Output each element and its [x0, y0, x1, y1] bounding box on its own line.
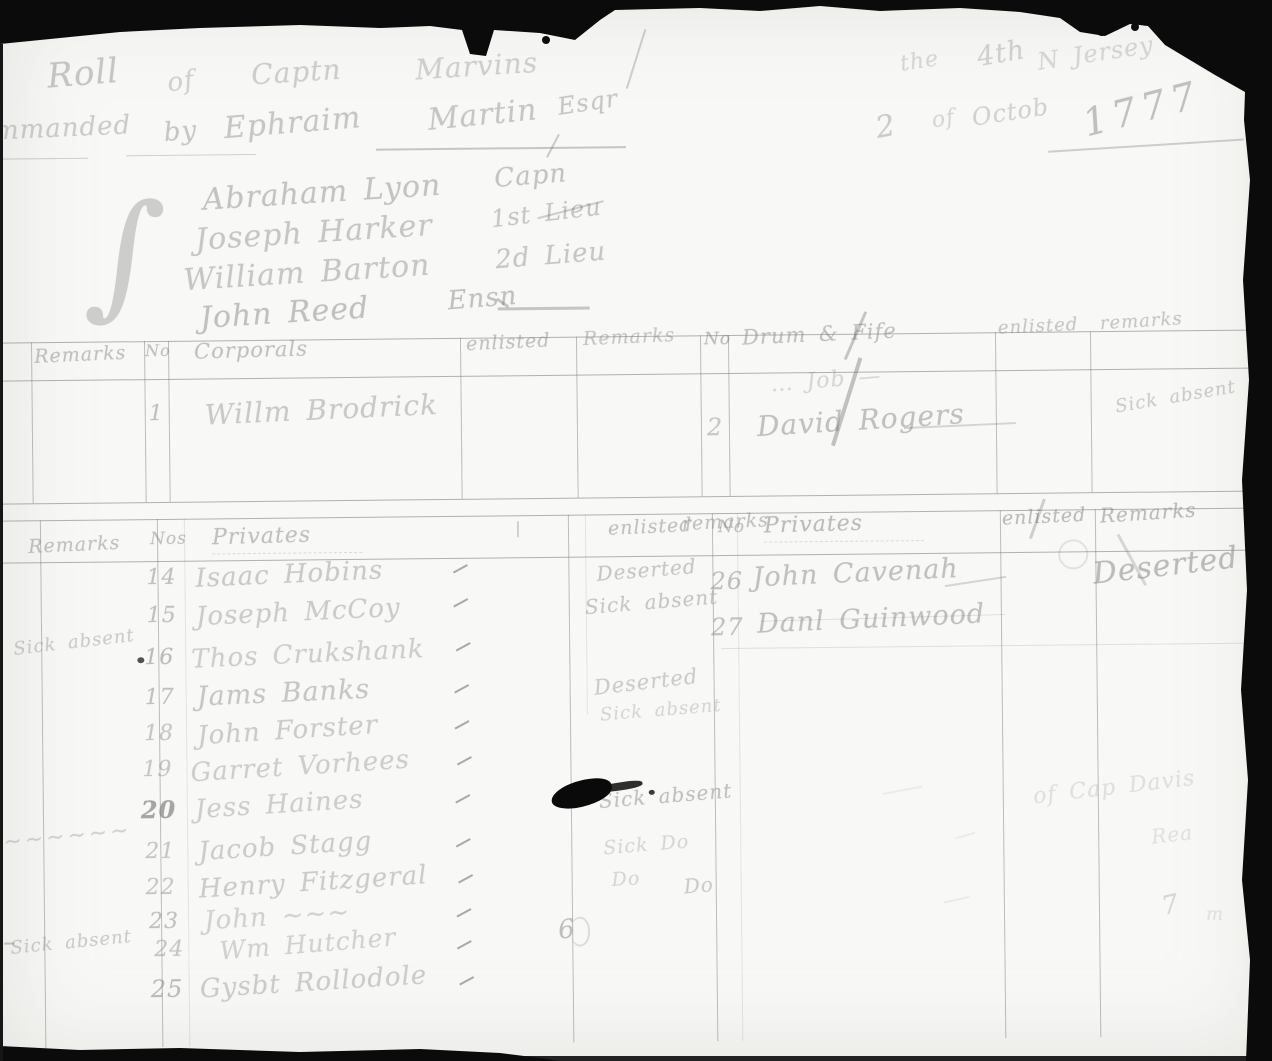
- header-rule: [376, 146, 626, 151]
- pencil-note: Rea: [1150, 820, 1194, 849]
- grid-line: [168, 341, 171, 502]
- column-header: enlisted: [466, 329, 551, 355]
- private-name: Jams Banks: [196, 674, 371, 713]
- pencil-note: of Cap Davis: [1032, 766, 1197, 810]
- margin-scribble: ∼∼∼∼∼∼: [2, 818, 132, 855]
- private-no: 25: [151, 975, 184, 1003]
- private-name: Joseph McCoy: [195, 593, 401, 632]
- private-name: John Cavenah: [752, 553, 960, 593]
- private-name: Garret Vorhees: [190, 745, 411, 789]
- grid-line: [568, 515, 575, 1043]
- year-underline: [1048, 138, 1244, 152]
- ditto-mark: [457, 940, 472, 949]
- private-no: 23: [149, 909, 179, 934]
- margin-remark: Sick absent: [10, 926, 133, 959]
- private-no: 24: [154, 937, 184, 962]
- ditto-mark: [453, 564, 468, 573]
- column-header: Privates: [764, 511, 864, 539]
- grid-line: [700, 335, 703, 496]
- column-header: Privates: [212, 523, 312, 551]
- margin-remark: Sick absent: [12, 625, 135, 660]
- officer-rank: 2d Lieu: [494, 236, 607, 275]
- title-word: Marvins: [414, 46, 539, 87]
- ditto-mark: [454, 684, 469, 693]
- ditto-mark: [455, 720, 470, 729]
- header-underline: [212, 551, 362, 555]
- column-header: No: [145, 341, 171, 360]
- ditto-mark: [459, 976, 474, 985]
- year-value: 1777: [1078, 72, 1206, 145]
- commanded-word: Ephraim: [223, 100, 363, 146]
- private-no: 15: [147, 603, 177, 628]
- ditto-mark: [457, 756, 472, 765]
- muster-roll-scan: Roll of Captn Marvins commanded by Ephra…: [0, 0, 1272, 1061]
- remark: Sick Do: [603, 830, 690, 859]
- commanded-word: Martin: [426, 92, 539, 138]
- remark: Sick absent: [599, 695, 722, 726]
- grid-line: [721, 643, 1249, 650]
- private-no: 22: [146, 875, 176, 900]
- private-no: 27: [711, 613, 744, 641]
- header-rule: [126, 154, 256, 156]
- pen-tick: [4, 943, 14, 945]
- column-header: Nos: [150, 529, 187, 549]
- pen-loop: [1058, 539, 1088, 569]
- commanded-word: by: [163, 115, 199, 148]
- grid-line: [728, 335, 731, 496]
- private-name: Jess Haines: [194, 784, 364, 825]
- pencil-mark: [883, 786, 923, 795]
- ditto-mark: [456, 642, 471, 651]
- date-word: of: [930, 105, 957, 133]
- commanded-word: Esqr: [556, 84, 620, 121]
- arrow-flourish: [498, 306, 590, 310]
- private-no: 17: [145, 685, 175, 710]
- private-no: 20: [141, 795, 177, 824]
- private-name: Thos Crukshank: [191, 634, 425, 675]
- ditto-mark: [456, 838, 471, 847]
- grid-line: [0, 491, 1250, 505]
- grid-line: [1090, 331, 1093, 492]
- column-header: enlisted: [1001, 504, 1086, 530]
- pencil-note: m: [1206, 904, 1224, 925]
- drum-fife-remark: Sick absent: [1114, 376, 1238, 417]
- date-word: Octob: [970, 92, 1051, 131]
- regiment-word: the: [898, 46, 940, 77]
- brace-flourish: ∫: [82, 170, 171, 339]
- private-no: 14: [146, 565, 176, 590]
- grid-line: [460, 338, 463, 499]
- private-no: 21: [145, 839, 175, 864]
- remark: Do: [683, 872, 715, 898]
- drum-fife-no: 2: [707, 413, 724, 441]
- document-content: Roll of Captn Marvins commanded by Ephra…: [0, 0, 1272, 1061]
- officer-rank: 1st Lieu: [489, 193, 603, 234]
- drum-fife-name: … Job —: [770, 364, 883, 398]
- remark: Do: [611, 867, 641, 891]
- date-word: 2: [873, 108, 899, 146]
- grid-line: [144, 341, 147, 502]
- title-word: Captn: [250, 53, 342, 92]
- private-name: Henry Fitzgeral: [198, 860, 428, 904]
- regiment-word: N Jersey: [1036, 31, 1156, 76]
- private-no: 18: [144, 721, 174, 746]
- ink-spot: [649, 790, 655, 795]
- grid-line: [576, 337, 579, 498]
- pen-tick: [517, 521, 519, 537]
- grid-line: [184, 519, 191, 1047]
- pencil-mark: [944, 896, 970, 904]
- officer-rank: Ensn: [446, 281, 518, 317]
- header-rule: [0, 158, 88, 160]
- column-header: Remarks: [583, 324, 676, 350]
- pencil-mark: [955, 832, 975, 839]
- grid-line: [40, 520, 47, 1048]
- grid-line: [995, 332, 998, 493]
- grid-line: [1000, 510, 1007, 1038]
- column-header: No: [718, 517, 745, 537]
- regiment-word: 4th: [975, 34, 1028, 73]
- ink-spot: [137, 657, 144, 663]
- officer-rank: Capn: [493, 158, 568, 194]
- pen-loop: [570, 917, 590, 947]
- remark: Deserted: [596, 554, 698, 586]
- column-header: No: [704, 329, 731, 349]
- title-word: of: [165, 65, 196, 98]
- officer-name: John Reed: [199, 290, 370, 336]
- ditto-mark: [456, 908, 471, 917]
- remark: Sick absent: [584, 585, 719, 620]
- grid-line: [31, 342, 34, 503]
- column-header: Drum & Fife: [741, 319, 897, 350]
- ditto-mark: [455, 794, 470, 803]
- grid-line: [157, 519, 164, 1047]
- column-header: Remarks: [28, 532, 121, 558]
- private-name: Jacob Stagg: [198, 826, 374, 867]
- column-header: Remarks: [34, 342, 127, 368]
- private-name: Gysbt Rollodole: [199, 960, 428, 1004]
- column-header: Corporals: [194, 336, 309, 363]
- commanded-word: commanded: [0, 110, 132, 148]
- private-name: John Forster: [196, 710, 379, 751]
- ditto-mark: [458, 874, 473, 883]
- corporal-name: Willm Brodrick: [204, 388, 439, 432]
- column-header: enlisted: [997, 314, 1078, 339]
- right-remark: Deserted: [1091, 540, 1240, 592]
- private-no: 26: [710, 567, 743, 595]
- title-word: Roll: [46, 51, 121, 97]
- header-underline: [764, 539, 924, 543]
- pen-flourish: [626, 29, 646, 89]
- private-no: 19: [142, 757, 172, 782]
- remark: Deserted: [593, 664, 700, 700]
- drum-fife-name: David Rogers: [756, 397, 966, 443]
- pencil-note: 7: [1159, 889, 1183, 922]
- column-header: Remarks: [1099, 498, 1197, 528]
- corporal-no: 1: [149, 401, 164, 426]
- column-header: enlisted: [608, 514, 693, 540]
- grid-line: [0, 368, 1248, 382]
- private-no: 16: [144, 645, 174, 670]
- ditto-mark: [453, 598, 468, 607]
